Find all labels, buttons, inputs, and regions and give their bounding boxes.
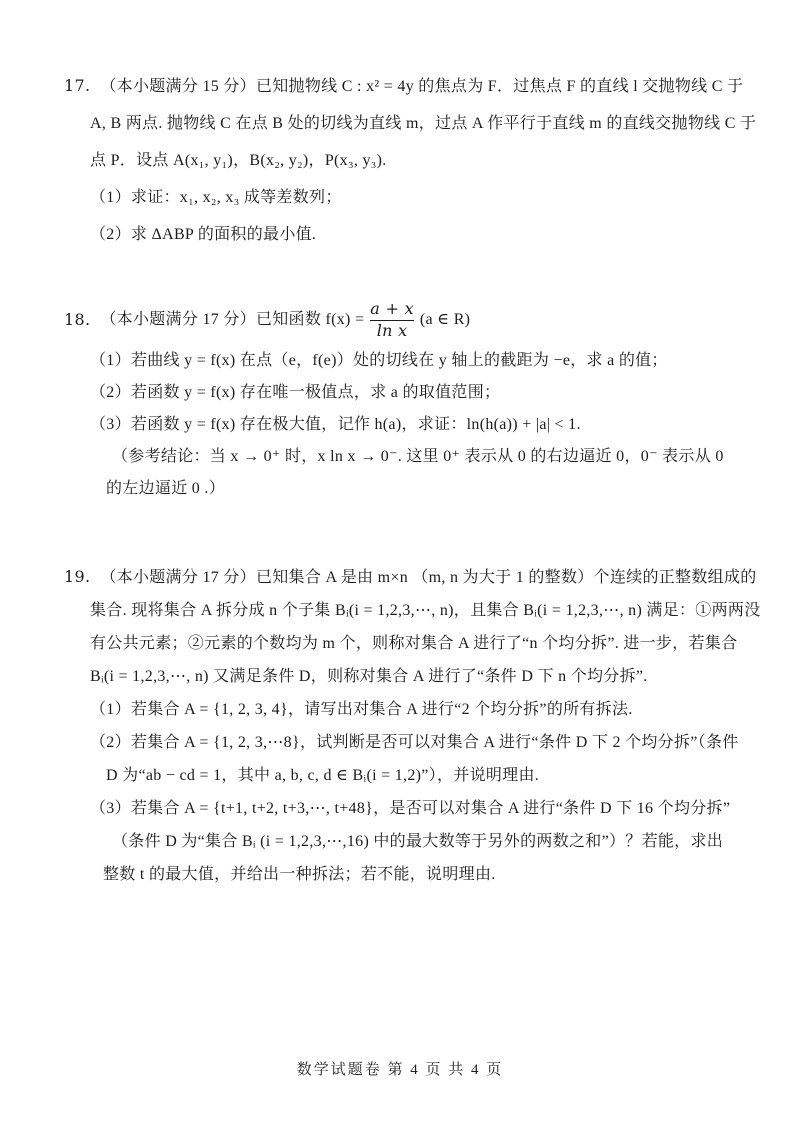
problem-18-number: 18. — [64, 309, 90, 331]
problem-19: 19.（本小题满分 17 分）已知集合 A 是由 m×n （m, n 为大于 1… — [0, 566, 800, 886]
problem-17-line-1: （本小题满分 15 分）已知抛物线 C : x² = 4y 的焦点为 F．过焦点… — [100, 78, 743, 95]
problem-19-item-3c: 整数 t 的最大值，并给出一种拆法；若不能，说明理由. — [0, 864, 800, 886]
problem-18-note-1: （参考结论：当 x → 0⁺ 时，x ln x → 0⁻. 这里 0⁺ 表示从 … — [0, 446, 800, 468]
problem-19-item-3b: （条件 D 为“集合 Bᵢ (i = 1,2,3,⋯,16) 中的最大数等于另外… — [0, 831, 800, 853]
problem-19-item-1: （1）若集合 A = {1, 2, 3, 4}，请写出对集合 A 进行“2 个均… — [0, 699, 800, 721]
exam-content: 17.（本小题满分 15 分）已知抛物线 C : x² = 4y 的焦点为 F．… — [0, 0, 800, 886]
problem-19-line-2: 集合. 现将集合 A 拆分成 n 个子集 Bᵢ(i = 1,2,3,⋯, n)，… — [0, 600, 800, 622]
problem-19-number: 19. — [64, 566, 90, 588]
problem-18: 18. （本小题满分 17 分）已知函数 f(x) = a + x ln x (… — [0, 301, 800, 500]
problem-18-item-1: （1）若曲线 y = f(x) 在点（e，f(e)）处的切线在 y 轴上的截距为… — [0, 350, 800, 372]
exam-page: 17.（本小题满分 15 分）已知抛物线 C : x² = 4y 的焦点为 F．… — [0, 0, 800, 1131]
fraction-denominator: ln x — [377, 323, 408, 340]
problem-17-header: 17.（本小题满分 15 分）已知抛物线 C : x² = 4y 的焦点为 F．… — [0, 75, 800, 98]
problem-19-item-2a: （2）若集合 A = {1, 2, 3,⋯8}，试判断是否可以对集合 A 进行“… — [0, 732, 800, 754]
problem-19-header: 19.（本小题满分 17 分）已知集合 A 是由 m×n （m, n 为大于 1… — [0, 566, 800, 589]
problem-18-header-suffix: (a ∈ R) — [420, 309, 470, 331]
page-footer: 数学试题卷 第 4 页 共 4 页 — [0, 1058, 800, 1079]
problem-18-header-prefix: （本小题满分 17 分）已知函数 f(x) = — [100, 309, 364, 331]
fraction: a + x ln x — [370, 301, 414, 340]
problem-17-number: 17. — [64, 75, 90, 97]
fraction-numerator: a + x — [370, 301, 414, 318]
problem-17-item-1: （1）求证：x₁, x₂, x₃ 成等差数列； — [0, 187, 800, 209]
problem-17-line-3: 点 P．设点 A(x₁, y₁)，B(x₂, y₂)，P(x₃, y₃). — [0, 150, 800, 172]
problem-18-note-2: 的左边逼近 0 .） — [0, 478, 800, 500]
problem-18-header: 18. （本小题满分 17 分）已知函数 f(x) = a + x ln x (… — [0, 301, 800, 340]
problem-19-line-4: Bᵢ(i = 1,2,3,⋯, n) 又满足条件 D，则称对集合 A 进行了“条… — [0, 666, 800, 688]
problem-19-line-1: （本小题满分 17 分）已知集合 A 是由 m×n （m, n 为大于 1 的整… — [100, 569, 756, 586]
problem-19-line-3: 有公共元素；②元素的个数均为 m 个，则称对集合 A 进行了“n 个均分拆”. … — [0, 633, 800, 655]
problem-17: 17.（本小题满分 15 分）已知抛物线 C : x² = 4y 的焦点为 F．… — [0, 75, 800, 246]
problem-19-item-2b: D 为“ab − cd = 1，其中 a, b, c, d ∈ Bᵢ(i = 1… — [0, 765, 800, 787]
problem-18-item-2: （2）若函数 y = f(x) 存在唯一极值点，求 a 的取值范围； — [0, 382, 800, 404]
problem-19-item-3a: （3）若集合 A = {t+1, t+2, t+3,⋯, t+48}，是否可以对… — [0, 798, 800, 820]
problem-17-item-2: （2）求 ΔABP 的面积的最小值. — [0, 224, 800, 246]
problem-17-line-2: A, B 两点. 抛物线 C 在点 B 处的切线为直线 m，过点 A 作平行于直… — [0, 113, 800, 135]
problem-18-item-3: （3）若函数 y = f(x) 存在极大值，记作 h(a)，求证：ln(h(a)… — [0, 414, 800, 436]
